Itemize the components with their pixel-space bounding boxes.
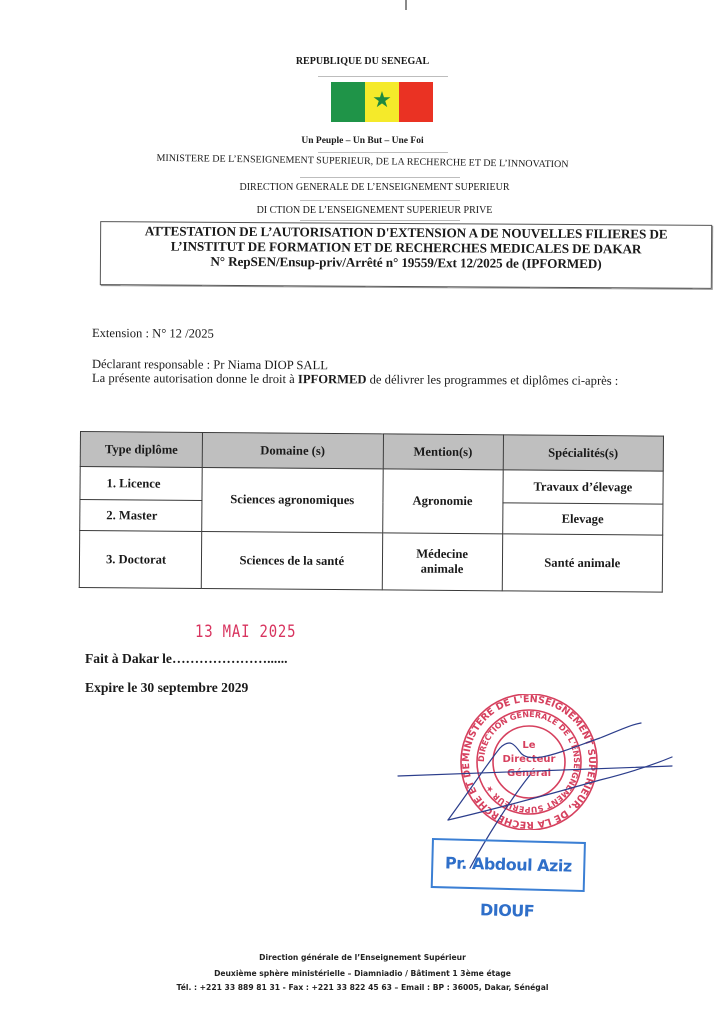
auth-prefix: La présente autorisation donne le droit … xyxy=(92,371,298,386)
flag-green-band xyxy=(331,82,365,122)
col-specialite: Spécialités(s) xyxy=(503,435,664,471)
ministry-heading: MINISTERE DE L’ENSEIGNEMENT SUPERIEUR, D… xyxy=(0,150,725,172)
divider xyxy=(300,177,460,178)
national-motto: Un Peuple – Un But – Une Foi xyxy=(0,136,725,146)
general-direction-heading: DIRECTION GENERALE DE L’ENSEIGNEMENT SUP… xyxy=(12,182,725,193)
place-date-line: Fait à Dakar le…………………...... xyxy=(85,651,288,667)
table-header-row: Type diplôme Domaine (s) Mention(s) Spéc… xyxy=(80,432,663,472)
cell-specialite: Travaux d’élevage xyxy=(503,470,664,504)
cell-mention: Agronomie xyxy=(382,469,503,534)
footer-address: Deuxième sphère ministérielle – Diamniad… xyxy=(0,969,725,978)
cell-mention: Médecine animale xyxy=(382,533,502,591)
divider xyxy=(318,152,448,153)
document-page: REPUBLIQUE DU SENEGAL ★ Un Peuple – Un B… xyxy=(0,0,725,1024)
seal-center-line-2: Directeur xyxy=(503,754,556,765)
scan-mark xyxy=(405,0,407,10)
divider xyxy=(300,200,460,201)
extension-number: Extension : N° 12 /2025 xyxy=(92,326,214,342)
cell-specialite: Elevage xyxy=(502,503,663,535)
cell-specialite: Santé animale xyxy=(502,534,663,592)
divider xyxy=(300,220,460,221)
seal-center-line-1: Le xyxy=(522,740,535,751)
attestation-title-box: ATTESTATION DE L’AUTORISATION D'EXTENSIO… xyxy=(100,221,712,289)
signatory-name-stamp: Pr. Abdoul Aziz DIOUF xyxy=(431,838,586,892)
flag-red-band xyxy=(399,82,433,122)
seal-center-line-3: Général xyxy=(507,767,551,779)
republic-heading: REPUBLIQUE DU SENEGAL xyxy=(0,56,725,67)
auth-suffix: de délivrer les programmes et diplômes c… xyxy=(366,372,618,387)
divider xyxy=(318,76,448,77)
senegal-flag: ★ xyxy=(331,82,433,122)
col-mention: Mention(s) xyxy=(383,434,503,470)
expiry-date: Expire le 30 septembre 2029 xyxy=(85,680,248,696)
cell-type: 3. Doctorat xyxy=(79,531,201,589)
table-row: 1. Licence Sciences agronomiques Agronom… xyxy=(80,467,663,505)
col-type-diplome: Type diplôme xyxy=(80,432,202,468)
institution-name: IPFORMED xyxy=(298,372,367,386)
cell-domaine: Sciences de la santé xyxy=(201,531,382,589)
col-domaine: Domaine (s) xyxy=(202,432,383,468)
footer-contact: Tél. : +221 33 889 81 31 - Fax : +221 33… xyxy=(0,983,725,992)
flag-yellow-band: ★ xyxy=(365,82,399,122)
authorization-text: La présente autorisation donne le droit … xyxy=(92,372,652,388)
cell-mention-text: Médecine animale xyxy=(416,547,468,576)
direction-heading: DI CTION DE L’ENSEIGNEMENT SUPERIEUR PRI… xyxy=(12,205,725,216)
cell-type: 1. Licence xyxy=(80,467,202,501)
date-stamp: 13 MAI 2025 xyxy=(195,622,296,642)
programs-table: Type diplôme Domaine (s) Mention(s) Spéc… xyxy=(79,431,664,593)
official-seal: MINISTERE DE L'ENSEIGNEMENT SUPERIEUR, D… xyxy=(458,694,600,830)
cell-domaine: Sciences agronomiques xyxy=(202,467,383,532)
star-icon: ★ xyxy=(365,89,399,111)
cell-type: 2. Master xyxy=(80,500,202,532)
table-row: 3. Doctorat Sciences de la santé Médecin… xyxy=(79,531,662,593)
footer-organization: Direction générale de l’Enseignement Sup… xyxy=(0,953,725,962)
